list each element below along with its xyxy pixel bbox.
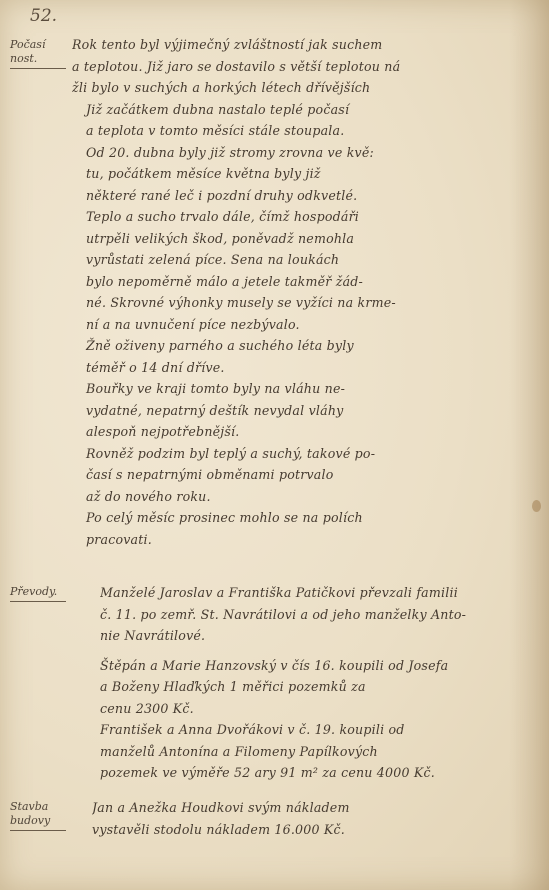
section-pocasi-text: Rok tento byl výjimečný zvláštností jak … bbox=[72, 34, 535, 550]
text-line: nie Navrátilové. bbox=[100, 625, 535, 647]
margin-label-prevody: Převody. bbox=[10, 585, 66, 602]
text-line: utrpěli velikých škod, poněvadž nemohla bbox=[72, 228, 535, 250]
section-stavba-text: Jan a Anežka Houdkovi svým nákladem vyst… bbox=[92, 797, 535, 840]
text-line: Rovněž podzim byl teplý a suchý, takové … bbox=[72, 443, 535, 465]
text-line: Štěpán a Marie Hanzovský v čís 16. koupi… bbox=[100, 655, 535, 677]
margin-label-line: budovy bbox=[10, 814, 66, 828]
text-line: Žně oživeny parného a suchého léta byly bbox=[72, 335, 535, 357]
text-line: až do nového roku. bbox=[72, 486, 535, 508]
text-line: Teplo a sucho trvalo dále, čímž hospodář… bbox=[72, 206, 535, 228]
text-line: ní a na uvnučení píce nezbývalo. bbox=[72, 314, 535, 336]
text-line: Již začátkem dubna nastalo teplé počasí bbox=[72, 99, 535, 121]
text-line: č. 11. po zemř. St. Navrátilovi a od jeh… bbox=[100, 604, 535, 626]
text-line: Od 20. dubna byly již stromy zrovna ve k… bbox=[72, 142, 535, 164]
text-line: Bouřky ve kraji tomto byly na vláhu ne- bbox=[72, 378, 535, 400]
text-line: vystavěli stodolu nákladem 16.000 Kč. bbox=[92, 819, 535, 841]
page-number: 52. bbox=[30, 6, 57, 26]
text-line: bylo nepoměrně málo a jetele takměř žád- bbox=[72, 271, 535, 293]
text-line: pracovati. bbox=[72, 529, 535, 551]
margin-label-line: Převody. bbox=[10, 585, 66, 599]
text-line: Jan a Anežka Houdkovi svým nákladem bbox=[92, 797, 535, 819]
text-line: František a Anna Dvořákovi v č. 19. koup… bbox=[100, 719, 535, 741]
text-line: alespoň nejpotřebnější. bbox=[72, 421, 535, 443]
text-line: vyrůstati zelená píce. Sena na loukách bbox=[72, 249, 535, 271]
text-line: manželů Antonína a Filomeny Papílkových bbox=[100, 741, 535, 763]
text-line: žli bylo v suchých a horkých létech dřív… bbox=[72, 77, 535, 99]
text-line: a teplota v tomto měsíci stále stoupala. bbox=[72, 120, 535, 142]
text-line: téměř o 14 dní dříve. bbox=[72, 357, 535, 379]
margin-label-stavba: Stavba budovy bbox=[10, 800, 66, 831]
text-line: Manželé Jaroslav a Františka Patičkovi p… bbox=[100, 582, 535, 604]
margin-label-line: Počasí bbox=[10, 38, 66, 52]
text-line: a teplotou. Již jaro se dostavilo s větš… bbox=[72, 56, 535, 78]
text-line: Po celý měsíc prosinec mohlo se na políc… bbox=[72, 507, 535, 529]
text-line: vydatné, nepatrný deštík nevydal vláhy bbox=[72, 400, 535, 422]
paper-stain bbox=[532, 500, 541, 512]
text-line: časí s nepatrnými obměnami potrvalo bbox=[72, 464, 535, 486]
section-prevody-text: Manželé Jaroslav a Františka Patičkovi p… bbox=[100, 582, 535, 784]
margin-label-pocasi: Počasí nost. bbox=[10, 38, 66, 69]
manuscript-page: 52. Počasí nost. Rok tento byl výjimečný… bbox=[0, 0, 549, 890]
text-line: pozemek ve výměře 52 ary 91 m² za cenu 4… bbox=[100, 762, 535, 784]
margin-label-line: Stavba bbox=[10, 800, 66, 814]
text-line: Rok tento byl výjimečný zvláštností jak … bbox=[72, 34, 535, 56]
text-line: tu, počátkem měsíce května byly již bbox=[72, 163, 535, 185]
margin-label-line: nost. bbox=[10, 52, 66, 66]
text-line: né. Skrovné výhonky musely se vyžíci na … bbox=[72, 292, 535, 314]
text-line: cenu 2300 Kč. bbox=[100, 698, 535, 720]
text-line: některé rané leč i pozdní druhy odkvetlé… bbox=[72, 185, 535, 207]
text-line: a Boženy Hlaďkých 1 měřici pozemků za bbox=[100, 676, 535, 698]
